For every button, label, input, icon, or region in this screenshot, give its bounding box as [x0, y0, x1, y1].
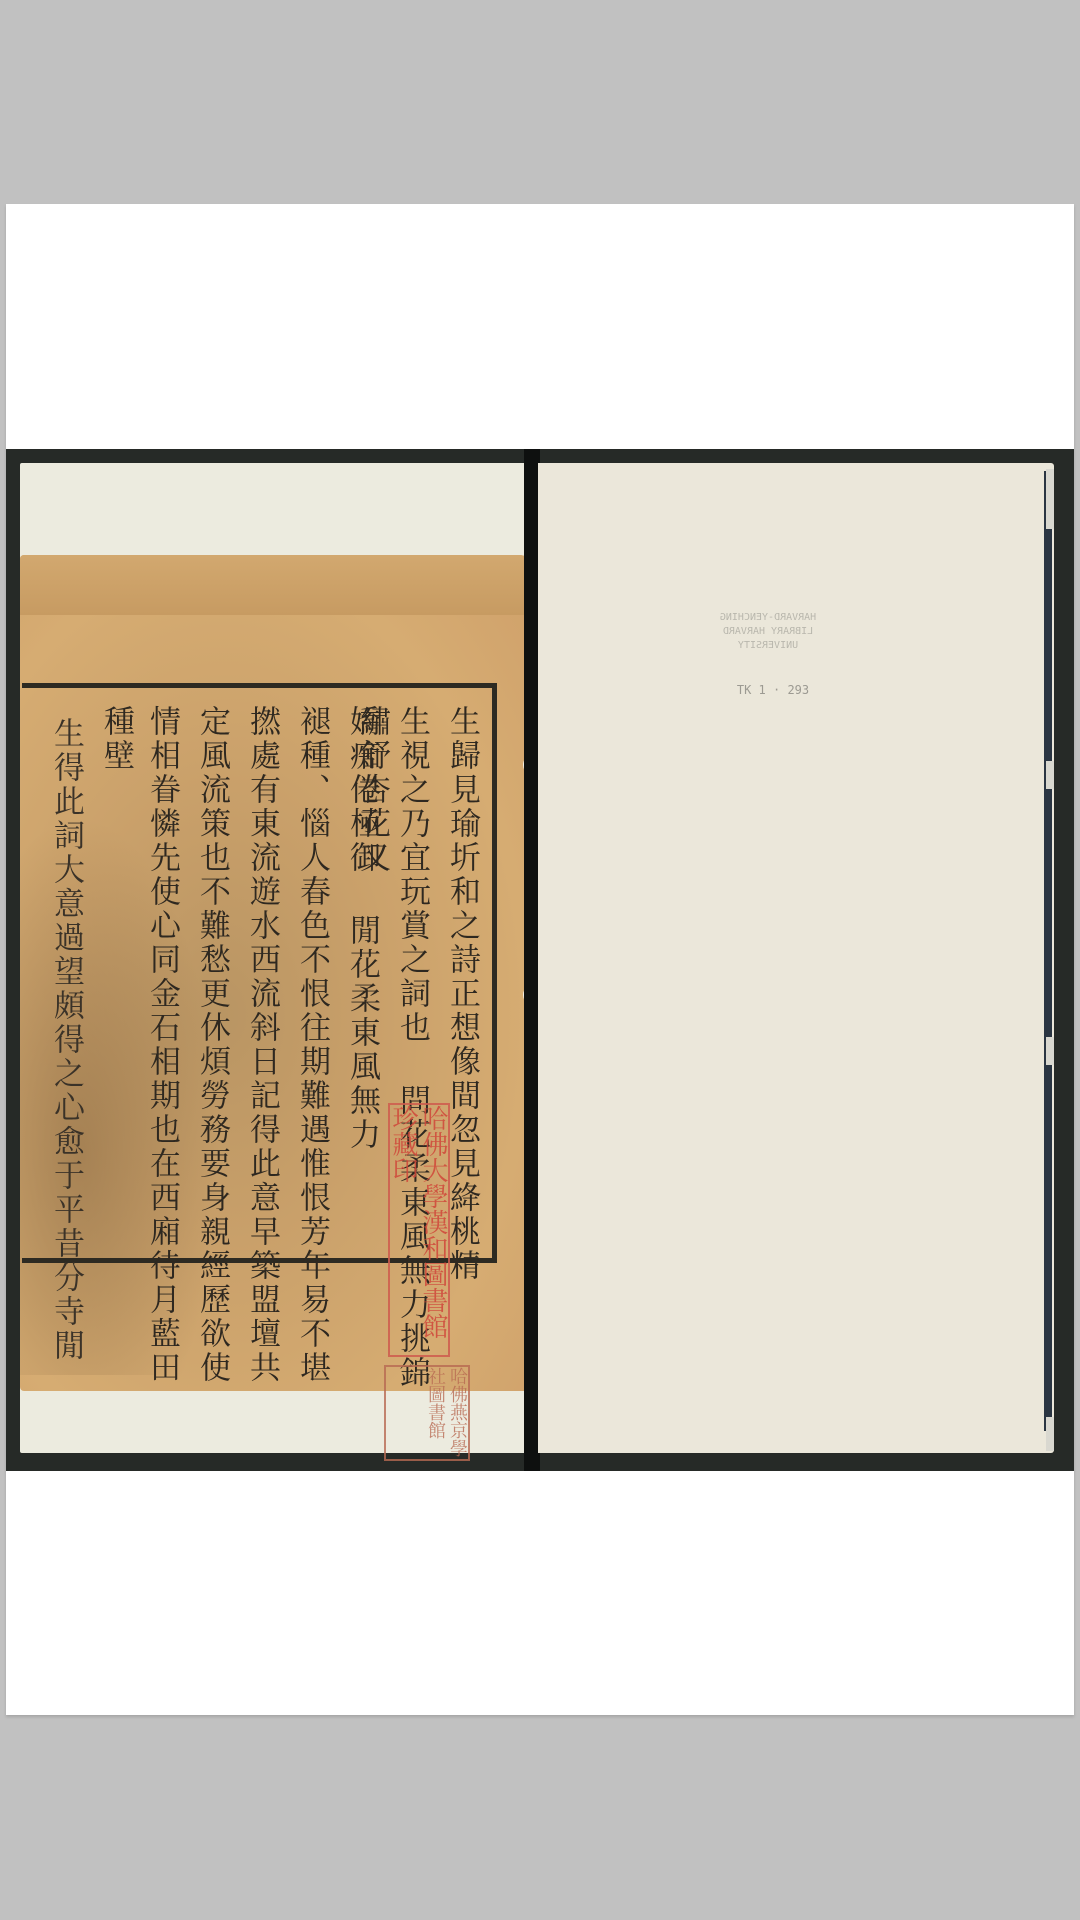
text-column-3: 嬌痴倦極御 閒花柔東風無力 — [342, 705, 382, 1152]
showthrough-stamp: HARVARD-YENCHING LIBRARY HARVARD UNIVERS… — [698, 611, 838, 653]
viewer-panel: 生歸見瑜圻和之詩正想像間忽見絳桃精 生視之乃宜玩賞之詞也 問花柔東風無力挑錦繡舒… — [6, 204, 1074, 1715]
book-cover-edge — [1044, 471, 1052, 1431]
book-scan-image: 生歸見瑜圻和之詩正想像間忽見絳桃精 生視之乃宜玩賞之詞也 問花柔東風無力挑錦繡舒… — [6, 449, 1074, 1471]
showthrough-line: HARVARD-YENCHING — [698, 611, 838, 625]
text-column-6: 定風流策也不難愁更休煩勞務要身親經歷欲使 — [192, 705, 232, 1385]
text-column-7: 情相眷憐先使心同金石相期也在西廂待月藍田 — [142, 705, 182, 1385]
showthrough-line: LIBRARY HARVARD — [698, 625, 838, 639]
text-column-9: 生得此詞大意過望頗得之心愈于平昔分寺閒 — [46, 717, 86, 1363]
page-edge-tab — [1046, 469, 1054, 529]
page-edge-tab — [1046, 1417, 1054, 1451]
page-edge-tab — [1046, 761, 1054, 789]
text-column-8: 種壁 — [96, 705, 136, 773]
printed-leaf: 生歸見瑜圻和之詩正想像間忽見絳桃精 生視之乃宜玩賞之詞也 問花柔東風無力挑錦繡舒… — [20, 555, 530, 1391]
text-column-4: 褪種、惱人春色不恨往期難遇惟恨芳年易不堪 — [292, 705, 332, 1385]
library-seal-square: 哈佛燕京學社圖書館 — [384, 1365, 470, 1461]
page-edge-tab — [1046, 1037, 1054, 1065]
showthrough-line: UNIVERSITY — [698, 639, 838, 653]
showthrough-call-number: TK 1 · 293 — [723, 683, 823, 697]
library-seal-red: 哈佛大學漢和圖書館珍藏印 — [388, 1103, 450, 1357]
right-page: HARVARD-YENCHING LIBRARY HARVARD UNIVERS… — [538, 463, 1054, 1453]
text-column-5: 撚處有東流遊水西流斜日記得此意早築盟壇共 — [242, 705, 282, 1385]
left-page: 生歸見瑜圻和之詩正想像間忽見絳桃精 生視之乃宜玩賞之詞也 問花柔東風無力挑錦繡舒… — [20, 463, 530, 1453]
leaf-top-band — [20, 555, 530, 615]
